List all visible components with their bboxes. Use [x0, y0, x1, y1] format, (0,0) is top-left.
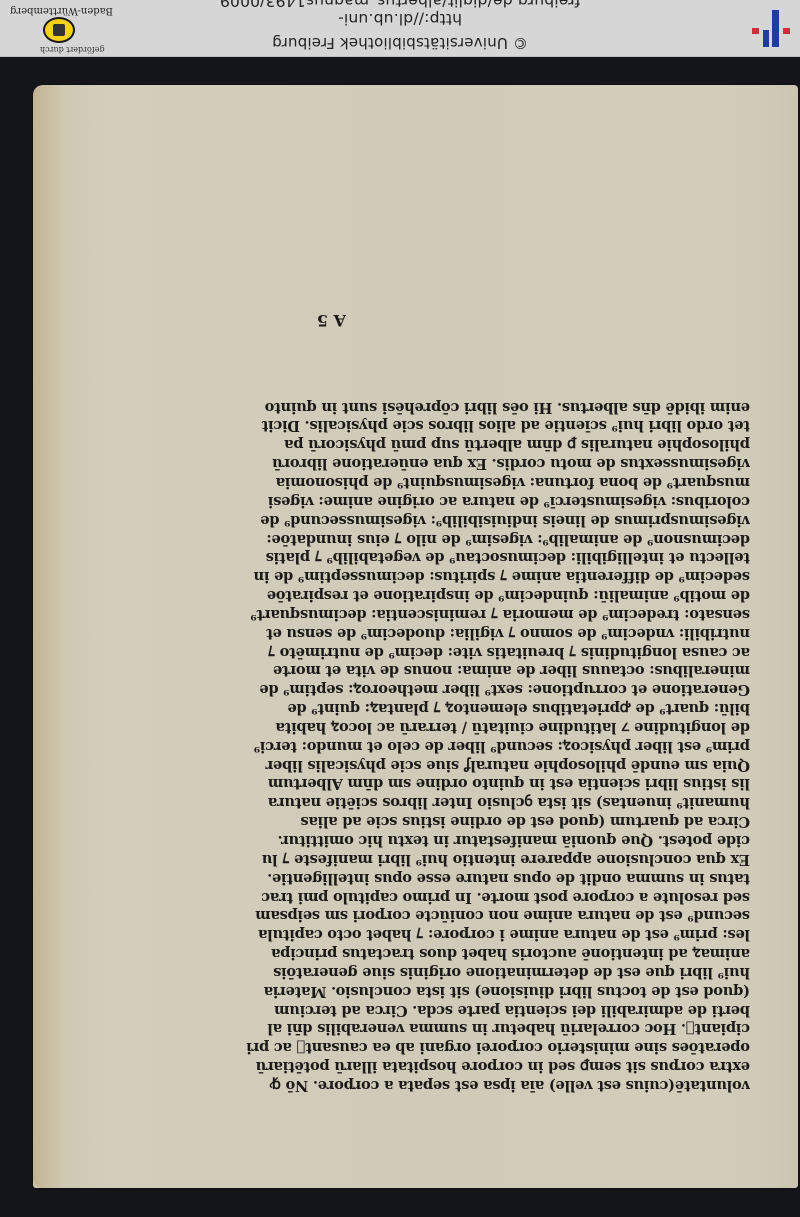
text-line: philosophie naturalis ꝑ dn̄m albertū sup… — [230, 434, 750, 453]
permalink-url[interactable]: http://dl.ub.uni-freiburg.de/diglit/albe… — [210, 0, 590, 28]
text-line: Quia sm eundē philosophie naturalꝭ siue … — [230, 755, 750, 774]
text-line: humanit⁹ inuentas) sit ista ꝯclusio Inte… — [230, 793, 750, 812]
text-line: bilū: quart⁹ de ꝓprietatibus elementoꝝ ⁊… — [230, 698, 750, 717]
text-line: tet ordo libri hui⁹ scīentie ad alios li… — [230, 416, 750, 435]
funded-by-label: gefördert durch — [40, 45, 105, 54]
text-line: musquart⁹ de bona fortuna: vigesimusquin… — [230, 472, 750, 491]
text-line: hui⁹ libri que est de determinatione ori… — [230, 962, 750, 981]
text-line: Ex qua conclusione apparere intentio hui… — [230, 849, 750, 868]
text-line: vigesimussextus de motu cordis. Ex qua e… — [230, 453, 750, 472]
text-line: prim⁹ est liber physicoꝝ: secund⁹ liber … — [230, 736, 750, 755]
text-line: lis istius libri scientia est in quinto … — [230, 774, 750, 793]
text-line: nutribili: vndecim⁹ de somno ⁊ vigilia: … — [230, 623, 750, 642]
sponsor-name: Baden-Württemberg — [10, 5, 113, 16]
text-line: sed resolute a corpore post morte. In pr… — [230, 887, 750, 906]
text-line: voluntatē(cuius est velle) aīa ipsa est … — [230, 1075, 750, 1094]
text-line: sedecim⁹ de differentia anime ⁊ spiritus… — [230, 566, 750, 585]
text-line: mineralibus: octauus liber de anima: non… — [230, 661, 750, 680]
text-line: animaꝝ ad intentionē auctoris habet duos… — [230, 943, 750, 962]
text-line: enim ibidē dn̄s albertus. Hi oēs libri c… — [230, 397, 750, 416]
text-line: (quod est de toctus libri diuisione) sit… — [230, 981, 750, 1000]
text-line: cide potest. Que quoniā manifestatur in … — [230, 830, 750, 849]
text-line: operatōes sine ministerio corporei organ… — [230, 1037, 750, 1056]
text-line: Generatione et corruptione: sext⁹ liber … — [230, 679, 750, 698]
text-line: tatus in summa ondit de opus nature esse… — [230, 868, 750, 887]
text-line: Circa ad quartum (quod est de ordine ist… — [230, 811, 750, 830]
document-viewer: voluntatē(cuius est velle) aīa ipsa est … — [0, 0, 800, 1217]
page-text-block: voluntatē(cuius est velle) aīa ipsa est … — [230, 397, 750, 1094]
sponsor-block: gefördert durch Baden-Württemberg — [0, 0, 130, 56]
signature-mark: A 5 — [317, 311, 346, 330]
text-line: coloribus: vigesimustercī⁹ de natura ac … — [230, 491, 750, 510]
ub-freiburg-logo-icon — [742, 10, 792, 50]
text-line: decimusnon⁹ de animalib⁹: vigesim⁹ de ni… — [230, 529, 750, 548]
text-line: extra corpus sit semꝑ sed in corpore hos… — [230, 1056, 750, 1075]
scanned-page: voluntatē(cuius est velle) aīa ipsa est … — [33, 85, 798, 1188]
footer-bar: © Universitätsbibliothek Freiburg http:/… — [0, 0, 800, 57]
text-line: tellectu et intelligibili: decimusoctau⁹… — [230, 548, 750, 567]
text-line: ac causa longitudinis ⁊ breuitatis vite:… — [230, 642, 750, 661]
copyright-text: © Universitätsbibliothek Freiburg — [210, 34, 590, 52]
text-line: berti de admirabili dei scientia parte s… — [230, 1000, 750, 1019]
text-line: sensato: tredecim⁹ de memoria ⁊ reminisc… — [230, 604, 750, 623]
text-line: vigesimusprimus de lineis indiuisibilib⁹… — [230, 510, 750, 529]
coat-of-arms-icon — [43, 17, 75, 43]
text-line: secund⁹ est de natura anime non coniūcte… — [230, 906, 750, 925]
text-line: cipiantᷓ. Hoc correlariū habetur in summ… — [230, 1019, 750, 1038]
text-line: de motib⁹ animaliū: quindecim⁹ de inspir… — [230, 585, 750, 604]
text-line: les: prim⁹ est de natura anime i corpore… — [230, 924, 750, 943]
text-line: de longitudine ⁊ latitudine ciuitatū / t… — [230, 717, 750, 736]
